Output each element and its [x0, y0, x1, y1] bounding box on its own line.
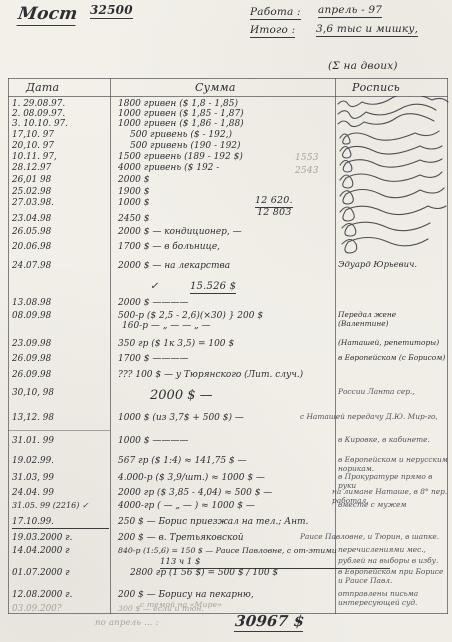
amount-cell: 2450 $: [118, 214, 348, 224]
amount-cell: 2800 гр (1 56 $) = 500 $ / 100 $: [130, 568, 360, 578]
sign-cell: в Европейском и нерусским норикам.: [338, 456, 448, 473]
sign-cell: рублей на выборы в избу.: [338, 557, 448, 566]
col-header-sign: Роспись: [352, 81, 400, 94]
date-cell: 20,10. 97: [12, 141, 109, 151]
amount-cell: 250 $ — Борис приезжал на тел.; Ант.: [118, 517, 448, 527]
amount-cell: 1000 гривен ($ 1,86 - 1,88): [118, 119, 348, 129]
title-number: 32500: [90, 3, 133, 19]
date-cell: 19.03.2000 г.: [12, 533, 109, 543]
sign-cell: Раисе Павловне, и Тюрин, в шапке.: [300, 533, 448, 542]
ledger-row: 24.04. 992000 гр ($ 3,85 - 4,04) ≈ 500 $…: [0, 488, 452, 499]
amount-cell: 1700 $ — в больнице,: [118, 242, 348, 252]
date-cell: 26,01 98: [12, 175, 109, 185]
amount-cell: 567 гр ($ 1:4) ≈ 141,75 $ —: [118, 456, 348, 466]
ledger-row: 160-р — „ — — „ —: [0, 321, 452, 332]
ledger-row: 13.08.982000 $ ————: [0, 298, 452, 309]
sign-cell: с Наташей передачу Д.Ю. Мир-го,: [300, 413, 448, 422]
date-cell: 17,10. 97: [12, 130, 109, 140]
amount-cell: 1700 $ ————: [118, 354, 348, 364]
amount-cell: ??? 100 $ — у Тюрянского (Лит. случ.): [118, 370, 348, 380]
amount-cell: 160-р — „ — — „ —: [122, 321, 352, 331]
date-cell: 23.09.98: [12, 339, 109, 349]
subtotal-value: 15.526 $: [190, 281, 236, 294]
table-border-top: [8, 78, 448, 79]
date-cell: 24.07.98: [12, 261, 109, 271]
amount-cell: 500 гривень (190 - 192): [130, 141, 360, 151]
sign-cell: России Ланта сер.,: [338, 388, 448, 397]
date-cell: 14.04.2000 г: [12, 546, 109, 556]
sum-note: (Σ на двоих): [328, 60, 398, 72]
date-cell: 26.05.98: [12, 227, 109, 237]
amount-cell: 350 гр ($ 1к 3,5) = 100 $: [118, 339, 348, 349]
amount-cell: 2000 $ ————: [118, 298, 348, 308]
date-cell: 27.03.98.: [12, 198, 109, 208]
date-cell: 30,10, 98: [12, 388, 109, 398]
date-cell: 13,12. 98: [12, 413, 109, 423]
date-cell: 25.02.98: [12, 187, 109, 197]
itogo-value: 3,6 тыс и мишку,: [316, 23, 418, 37]
date-cell: 13.08.98: [12, 298, 109, 308]
amount-cell: 300 $ — если и тюн.: [118, 604, 348, 613]
amount-cell: 1000 $: [118, 198, 348, 208]
ledger-row: 26.09.981700 $ ————в Европейском (с Бори…: [0, 354, 452, 365]
ledger-row: 31.05. 99 (2216) ✓4000-гр ( — „ — ) ≈ 10…: [0, 501, 452, 512]
date-cell: 3. 10.10. 97.: [12, 119, 109, 129]
amount-cell: 840-р (1:5,6) = 150 $ — Раисе Павловне, …: [118, 546, 368, 555]
date-cell: 08.09.98: [12, 311, 109, 321]
amount-cell: 1900 $: [118, 187, 348, 197]
sign-cell: в Европейском (с Борисом): [338, 354, 448, 363]
sign-cell: (Наташей, репетиторы): [338, 339, 448, 348]
date-cell: 28.12.97: [12, 163, 109, 173]
date-cell: 10.11. 97,: [12, 152, 109, 162]
date-cell: 03.09.200?: [12, 604, 109, 614]
page-title: Мост: [16, 4, 78, 26]
amount-cell: 1800 гривен ($ 1,8 - 1,85): [118, 99, 348, 109]
ledger-row: 01.07.2000 г2800 гр (1 56 $) = 500 $ / 1…: [0, 568, 452, 579]
date-cell: 2. 08.09.97.: [12, 109, 109, 119]
amount-cell: 4.000-р ($ 3,9/шт.) ≈ 1000 $ —: [118, 473, 348, 483]
date-cell: 31.01. 99: [12, 436, 109, 446]
signature-scrawl-icon: [330, 96, 452, 276]
sign-cell: в Европейском при Борисе и Раисе Павл.: [338, 568, 448, 585]
date-cell: 23.04.98: [12, 214, 109, 224]
ledger-row: 03.09.200?300 $ — если и тюн.: [0, 604, 452, 615]
ledger-row: 13,12. 981000 $ (из 3,7$ + 500 $) —с Нат…: [0, 413, 452, 424]
ledger-row: 26.09.98??? 100 $ — у Тюрянского (Лит. с…: [0, 370, 452, 381]
amount-cell: 4000-гр ( — „ — ) ≈ 1000 $ —: [118, 501, 348, 511]
ledger-row: 31.03, 994.000-р ($ 3,9/шт.) ≈ 1000 $ —в…: [0, 473, 452, 484]
amount-cell: 200 $ — Борису на пекарню,: [118, 590, 348, 600]
sign-cell: перечислениями мес.,: [338, 546, 448, 555]
sign-cell: вместе с мужем: [338, 501, 448, 510]
date-cell: 26.09.98: [12, 370, 109, 380]
date-cell: 20.06.98: [12, 242, 109, 252]
date-cell: 24.04. 99: [12, 488, 109, 498]
grand-total-label: по апрель … :: [95, 618, 159, 628]
date-cell: 12.08.2000 г.: [12, 590, 109, 600]
date-cell: 26.09.98: [12, 354, 109, 364]
date-cell: 1. 29.08.97.: [12, 99, 109, 109]
date-column-separator: [8, 430, 110, 431]
col-header-amount: Сумма: [195, 81, 236, 94]
ledger-row: 30,10, 982000 $ —России Ланта сер.,: [0, 388, 452, 399]
ledger-row: 23.09.98350 гр ($ 1к 3,5) = 100 $(Наташе…: [0, 339, 452, 350]
date-cell: 01.07.2000 г: [12, 568, 109, 578]
ledger-row: 31.01. 991000 $ ————в Кировке, в кабинет…: [0, 436, 452, 447]
date-cell: 19.02.99.: [12, 456, 109, 466]
date-cell: 31.05. 99 (2216) ✓: [12, 501, 109, 510]
amount-cell: 2000 $ — кондиционер, —: [118, 227, 348, 237]
amount-cell: 2000 $ — на лекарства: [118, 261, 348, 271]
amount-cell: 1000 $ ————: [118, 436, 348, 446]
date-cell: 17.10.99.: [12, 517, 109, 529]
work-label: Работа :: [250, 6, 301, 20]
amount-cell: 1000 гривен ($ 1,85 - 1,87): [118, 109, 348, 119]
amount-cell: 2000 гр ($ 3,85 - 4,04) ≈ 500 $ —: [118, 488, 348, 498]
amount-cell: 500-р ($ 2,5 - 2,6)(×30) } 200 $: [118, 311, 348, 321]
work-value: апрель - 97: [318, 4, 382, 18]
scanned-ledger-page: Мост 32500 Работа : апрель - 97 Итого : …: [0, 0, 452, 642]
amount-cell: 2000 $: [118, 175, 348, 185]
ledger-row: 17.10.99.250 $ — Борис приезжал на тел.;…: [0, 517, 452, 528]
ledger-row: 19.02.99.567 гр ($ 1:4) ≈ 141,75 $ —в Ев…: [0, 456, 452, 467]
amount-cell: 500 гривень ($ - 192,): [130, 130, 360, 140]
ledger-row: 19.03.2000 г.200 $ — в. ТретьяковскойРаи…: [0, 533, 452, 544]
ledger-row: ✓ 15.526 $: [0, 281, 452, 292]
date-cell: 31.03, 99: [12, 473, 109, 483]
check-mark-icon: ✓: [150, 281, 159, 292]
sign-cell: в Кировке, в кабинете.: [338, 436, 448, 445]
itogo-label: Итого :: [250, 24, 295, 38]
pencil-note: 1553: [295, 153, 319, 163]
col-header-date: Дата: [26, 81, 59, 94]
grand-total-value: 30967 $: [234, 612, 305, 632]
